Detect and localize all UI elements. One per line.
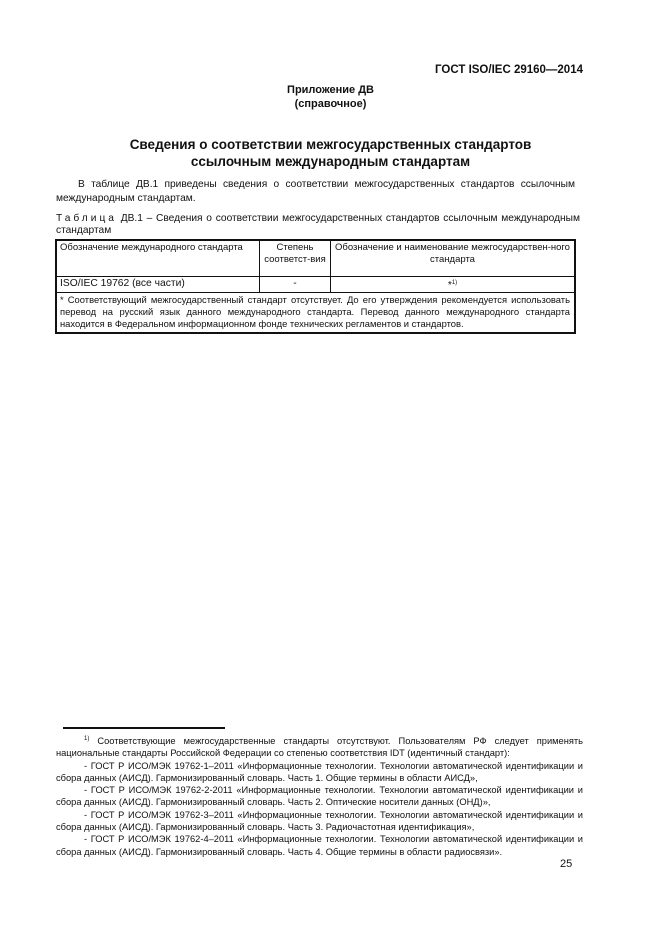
footnote-ref: 1) xyxy=(452,280,457,286)
footnote-intro: 1) Соответствующие межгосударственные ст… xyxy=(56,733,583,760)
column-header-international: Обозначение международного стандарта xyxy=(56,240,260,277)
table-caption-label: Таблица xyxy=(56,213,117,224)
cell-international: ISO/IEC 19762 (все части) xyxy=(56,277,260,293)
table-note-row: * Соответствующий межгосударственный ста… xyxy=(56,293,575,334)
page-number: 25 xyxy=(560,858,572,870)
intro-paragraph: В таблице ДВ.1 приведены сведения о соот… xyxy=(56,178,575,205)
table-caption: Таблица ДВ.1 – Сведения о соответствии м… xyxy=(56,213,580,237)
footnote-item: - ГОСТ Р ИСО/МЭК 19762-1–2011 «Информаци… xyxy=(56,760,583,785)
footnote: 1) Соответствующие межгосударственные ст… xyxy=(56,733,583,858)
footnote-item: - ГОСТ Р ИСО/МЭК 19762-4–2011 «Информаци… xyxy=(56,833,583,858)
table-row: ISO/IEC 19762 (все части) - *1) xyxy=(56,277,575,293)
column-header-degree: Степень соответст-вия xyxy=(260,240,331,277)
footnote-item: - ГОСТ Р ИСО/МЭК 19762-3–2011 «Информаци… xyxy=(56,809,583,834)
table-header-row: Обозначение международного стандарта Сте… xyxy=(56,240,575,277)
annex-title: Приложение ДВ xyxy=(0,84,661,96)
footnote-marker: 1) xyxy=(84,736,89,742)
section-heading-line2: ссылочным международным стандартам xyxy=(0,153,661,170)
annex-type: (справочное) xyxy=(0,98,661,110)
table-caption-text: ДВ.1 – Сведения о соответствии межгосуда… xyxy=(56,213,580,236)
cell-degree: - xyxy=(260,277,331,293)
cell-interstate: *1) xyxy=(331,277,576,293)
standards-correspondence-table: Обозначение международного стандарта Сте… xyxy=(55,239,576,334)
column-header-interstate: Обозначение и наименование межгосударств… xyxy=(331,240,576,277)
section-heading: Сведения о соответствии межгосударственн… xyxy=(0,136,661,170)
footnote-item: - ГОСТ Р ИСО/МЭК 19762-2-2011 «Информаци… xyxy=(56,784,583,809)
table-note: * Соответствующий межгосударственный ста… xyxy=(56,293,575,334)
document-header-standard-id: ГОСТ ISO/IEC 29160—2014 xyxy=(0,64,583,76)
section-heading-line1: Сведения о соответствии межгосударственн… xyxy=(0,136,661,153)
footnote-separator xyxy=(63,727,225,729)
